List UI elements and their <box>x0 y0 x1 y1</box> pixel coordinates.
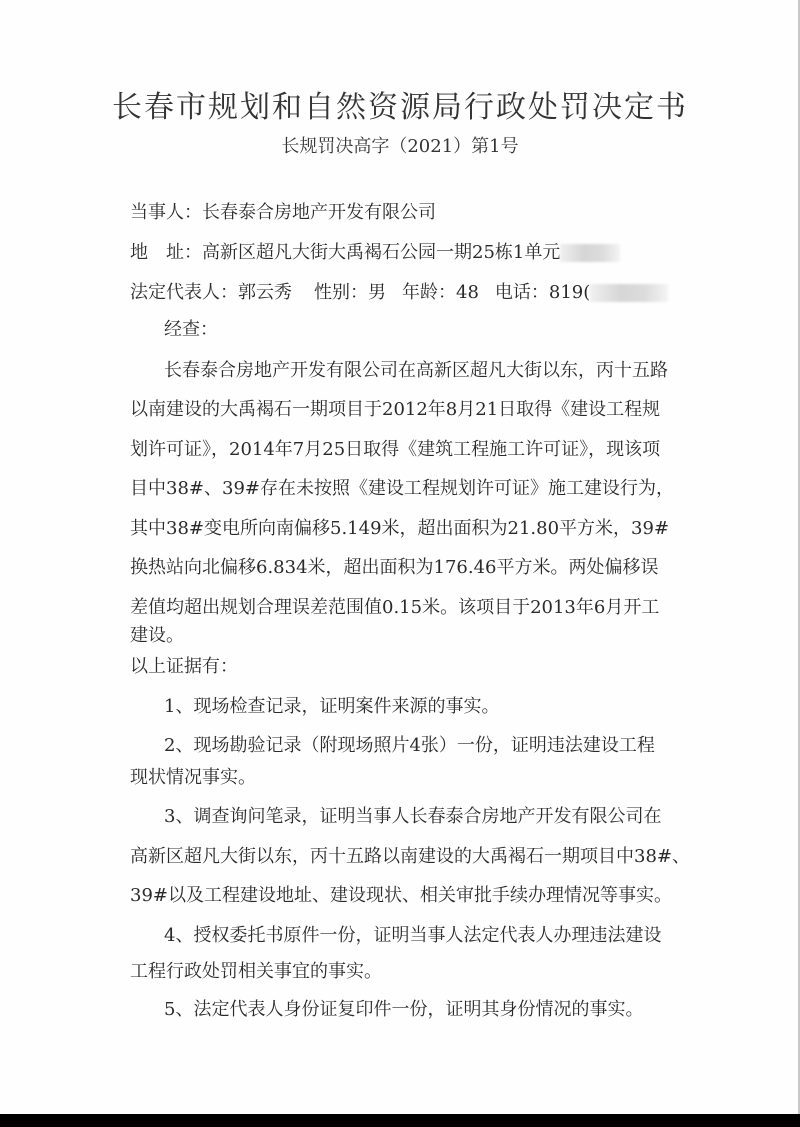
evidence-item-1: 1、现场检查记录，证明案件来源的事实。 <box>164 697 499 717</box>
document-number: 长规罚决高字（2021）第1号 <box>0 132 800 158</box>
findings-line: 其中38#变电所向南偏移5.149米，超出面积为21.80平方米，39# <box>130 519 669 539</box>
evidence-item-2-cont: 现状情况事实。 <box>130 768 256 788</box>
address-label: 地 址： <box>130 242 202 263</box>
evidence-item-3: 3、调查询问笔录，证明当事人长春泰合房地产开发有限公司在 <box>164 807 661 827</box>
representative-name: 郭云秀 <box>238 282 292 303</box>
phone-value: 819( <box>549 282 590 303</box>
findings-line: 目中38#、39#存在未按照《建设工程规划许可证》施工建设行为， <box>130 479 674 499</box>
evidence-item-2: 2、现场勘验记录（附现场照片4张）一份，证明违法建设工程 <box>164 736 655 756</box>
representative-line: 法定代表人：郭云秀性别：男年龄：48电话：819( <box>130 283 668 303</box>
findings-line: 长春泰合房地产开发有限公司在高新区超凡大街以东，丙十五路 <box>164 361 668 381</box>
gender-label: 性别： <box>314 282 368 303</box>
evidence-item-3-cont: 高新区超凡大街以东，丙十五路以南建设的大禹褐石一期项目中38#、 <box>130 847 690 867</box>
evidence-item-4: 4、授权委托书原件一份，证明当事人法定代表人办理违法建设 <box>164 926 661 946</box>
findings-line: 建设。 <box>130 626 184 646</box>
gender-value: 男 <box>368 282 386 303</box>
findings-line: 划许可证》，2014年7月25日取得《建筑工程施工许可证》，现该项 <box>130 440 660 460</box>
findings-line: 差值均超出规划合理误差范围值0.15米。该项目于2013年6月开工 <box>130 598 659 618</box>
age-label: 年龄： <box>402 282 456 303</box>
evidence-item-5: 5、法定代表人身份证复印件一份，证明其身份情况的事实。 <box>164 1000 643 1020</box>
evidence-item-4-cont: 工程行政处罚相关事宜的事实。 <box>130 962 382 982</box>
document-page: 长春市规划和自然资源局行政处罚决定书 长规罚决高字（2021）第1号 当事人：长… <box>0 0 800 1114</box>
representative-label: 法定代表人： <box>130 282 238 303</box>
redacted-address <box>560 244 620 262</box>
findings-line: 换热站向北偏移6.834米，超出面积为176.46平方米。两处偏移误 <box>130 558 659 578</box>
party-line: 当事人：长春泰合房地产开发有限公司 <box>130 203 436 223</box>
evidence-item-3-cont: 39#以及工程建设地址、建设现状、相关审批手续办理情况等事实。 <box>130 886 672 906</box>
party-value: 长春泰合房地产开发有限公司 <box>202 202 436 223</box>
evidence-heading: 以上证据有： <box>130 657 238 677</box>
bottom-black-bar <box>0 1114 800 1127</box>
address-value: 高新区超凡大街大禹褐石公园一期25栋1单元 <box>202 242 560 263</box>
address-line: 地 址：高新区超凡大街大禹褐石公园一期25栋1单元 <box>130 243 620 263</box>
investigation-heading: 经查： <box>164 320 218 340</box>
party-label: 当事人： <box>130 202 202 223</box>
age-value: 48 <box>456 282 479 303</box>
redacted-phone <box>590 284 668 302</box>
document-title: 长春市规划和自然资源局行政处罚决定书 <box>0 82 800 126</box>
findings-line: 以南建设的大禹褐石一期项目于2012年8月21日取得《建设工程规 <box>130 400 660 420</box>
phone-label: 电话： <box>495 282 549 303</box>
